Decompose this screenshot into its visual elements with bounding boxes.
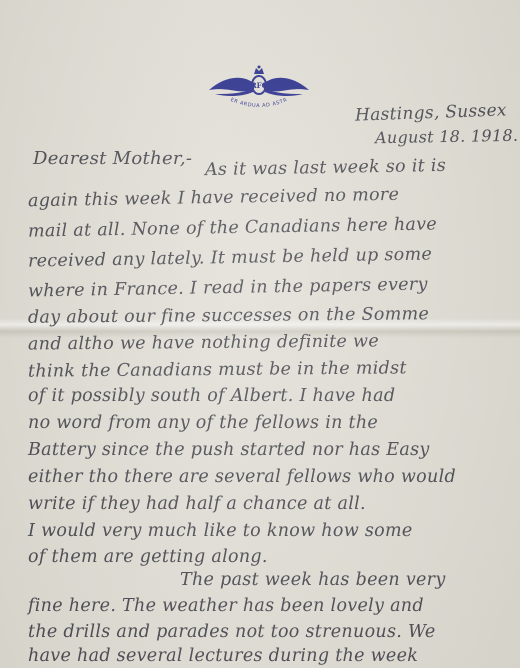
body-line: day about our fine successes on the Somm… [28,304,429,327]
body-line: think the Canadians must be in the midst [28,358,407,381]
body-line: The past week has been very [180,570,446,590]
body-line: have had several lectures during the wee… [28,646,418,666]
body-line: mail at all. None of the Canadians here … [28,214,437,241]
body-line: I would very much like to know how some [28,521,413,541]
body-line: write if they had half a chance at all. [28,494,366,514]
body-line: Battery since the push started nor has E… [28,440,430,460]
body-line: either tho there are several fellows who… [28,467,456,487]
letter-date: August 18. 1918. [375,126,519,147]
letter-page: RFC PER ARDUA AD ASTRA Hastings, Sussex … [0,0,520,668]
body-line: again this week I have received no more [28,185,399,211]
body-line: of it possibly south of Albert. I have h… [28,386,395,406]
body-line: where in France. I read in the papers ev… [28,275,428,302]
body-line: received any lately. It must be held up … [28,244,432,271]
body-line: no word from any of the fellows in the [28,413,378,433]
body-line: of them are getting along. [28,547,268,567]
letter-place: Hastings, Sussex [355,100,507,125]
body-line: As it was last week so it is [205,156,446,180]
salutation: Dearest Mother,- [33,148,192,169]
body-line: fine here. The weather has been lovely a… [28,596,424,616]
svg-text:RFC: RFC [251,81,268,90]
body-line: and altho we have nothing definite we [28,331,379,354]
rfc-wings-emblem-icon: RFC PER ARDUA AD ASTRA [207,64,311,110]
body-line: the drills and parades not too strenuous… [28,622,436,642]
